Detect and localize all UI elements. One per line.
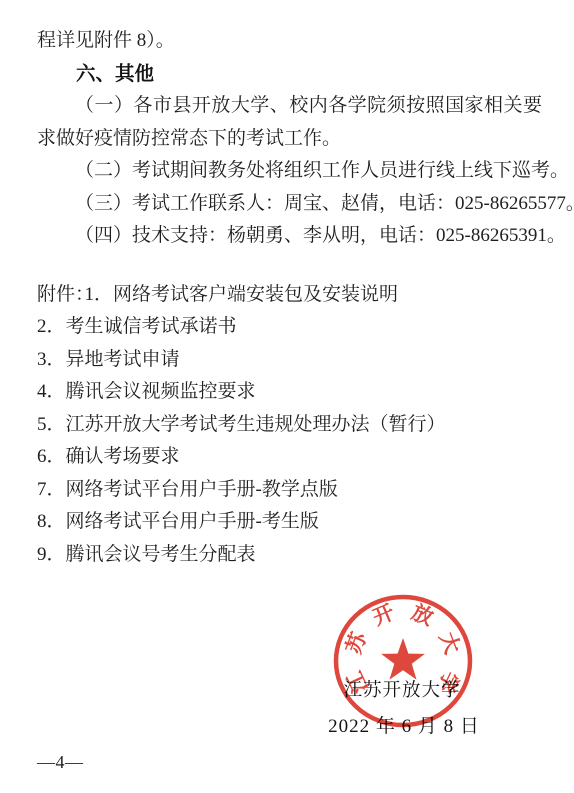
attachment-item: 8．网络考试平台用户手册-考生版 xyxy=(37,506,542,539)
attachment-row-1: 附件：1．网络考试客户端安装包及安装说明 xyxy=(37,279,542,312)
attachment-item: 6．确认考场要求 xyxy=(37,441,542,474)
attachments-list: 附件：1．网络考试客户端安装包及安装说明 2．考生诚信考试承诺书 3．异地考试申… xyxy=(37,279,542,572)
attachment-item: 9．腾讯会议号考生分配表 xyxy=(37,539,542,572)
attachment-item: 2．考生诚信考试承诺书 xyxy=(37,311,542,344)
document-body: 程详见附件 8）。 六、其他 （一）各市县开放大学、校内各学院须按照国家相关要求… xyxy=(37,25,542,571)
attachments-label: 附件： xyxy=(37,279,85,312)
page-number: —4— xyxy=(37,752,84,773)
intro-continuation-line: 程详见附件 8）。 xyxy=(37,25,542,58)
section-heading: 六、其他 xyxy=(37,58,542,91)
paragraph-4: （四）技术支持：杨朝勇、李从明，电话：025-86265391。 xyxy=(37,220,542,253)
attachment-item: 4．腾讯会议视频监控要求 xyxy=(37,376,542,409)
attachment-item: 1．网络考试客户端安装包及安装说明 xyxy=(85,284,399,305)
paragraph-1: （一）各市县开放大学、校内各学院须按照国家相关要求做好疫情防控常态下的考试工作。 xyxy=(37,90,542,155)
document-page: 程详见附件 8）。 六、其他 （一）各市县开放大学、校内各学院须按照国家相关要求… xyxy=(0,0,574,793)
seal-arc-char: 苏 xyxy=(341,628,371,657)
paragraph-2: （二）考试期间教务处将组织工作人员进行线上线下巡考。 xyxy=(37,155,542,188)
official-seal: 江 苏 开 放 大 学 xyxy=(330,592,476,732)
seal-arc-char: 大 xyxy=(435,629,465,657)
seal-star-icon xyxy=(381,638,425,680)
attachment-item: 3．异地考试申请 xyxy=(37,344,542,377)
attachment-item: 7．网络考试平台用户手册-教学点版 xyxy=(37,474,542,507)
paragraph-3: （三）考试工作联系人：周宝、赵倩，电话：025-86265577。 xyxy=(37,188,542,221)
attachment-item: 5．江苏开放大学考试考生违规处理办法（暂行） xyxy=(37,409,542,442)
